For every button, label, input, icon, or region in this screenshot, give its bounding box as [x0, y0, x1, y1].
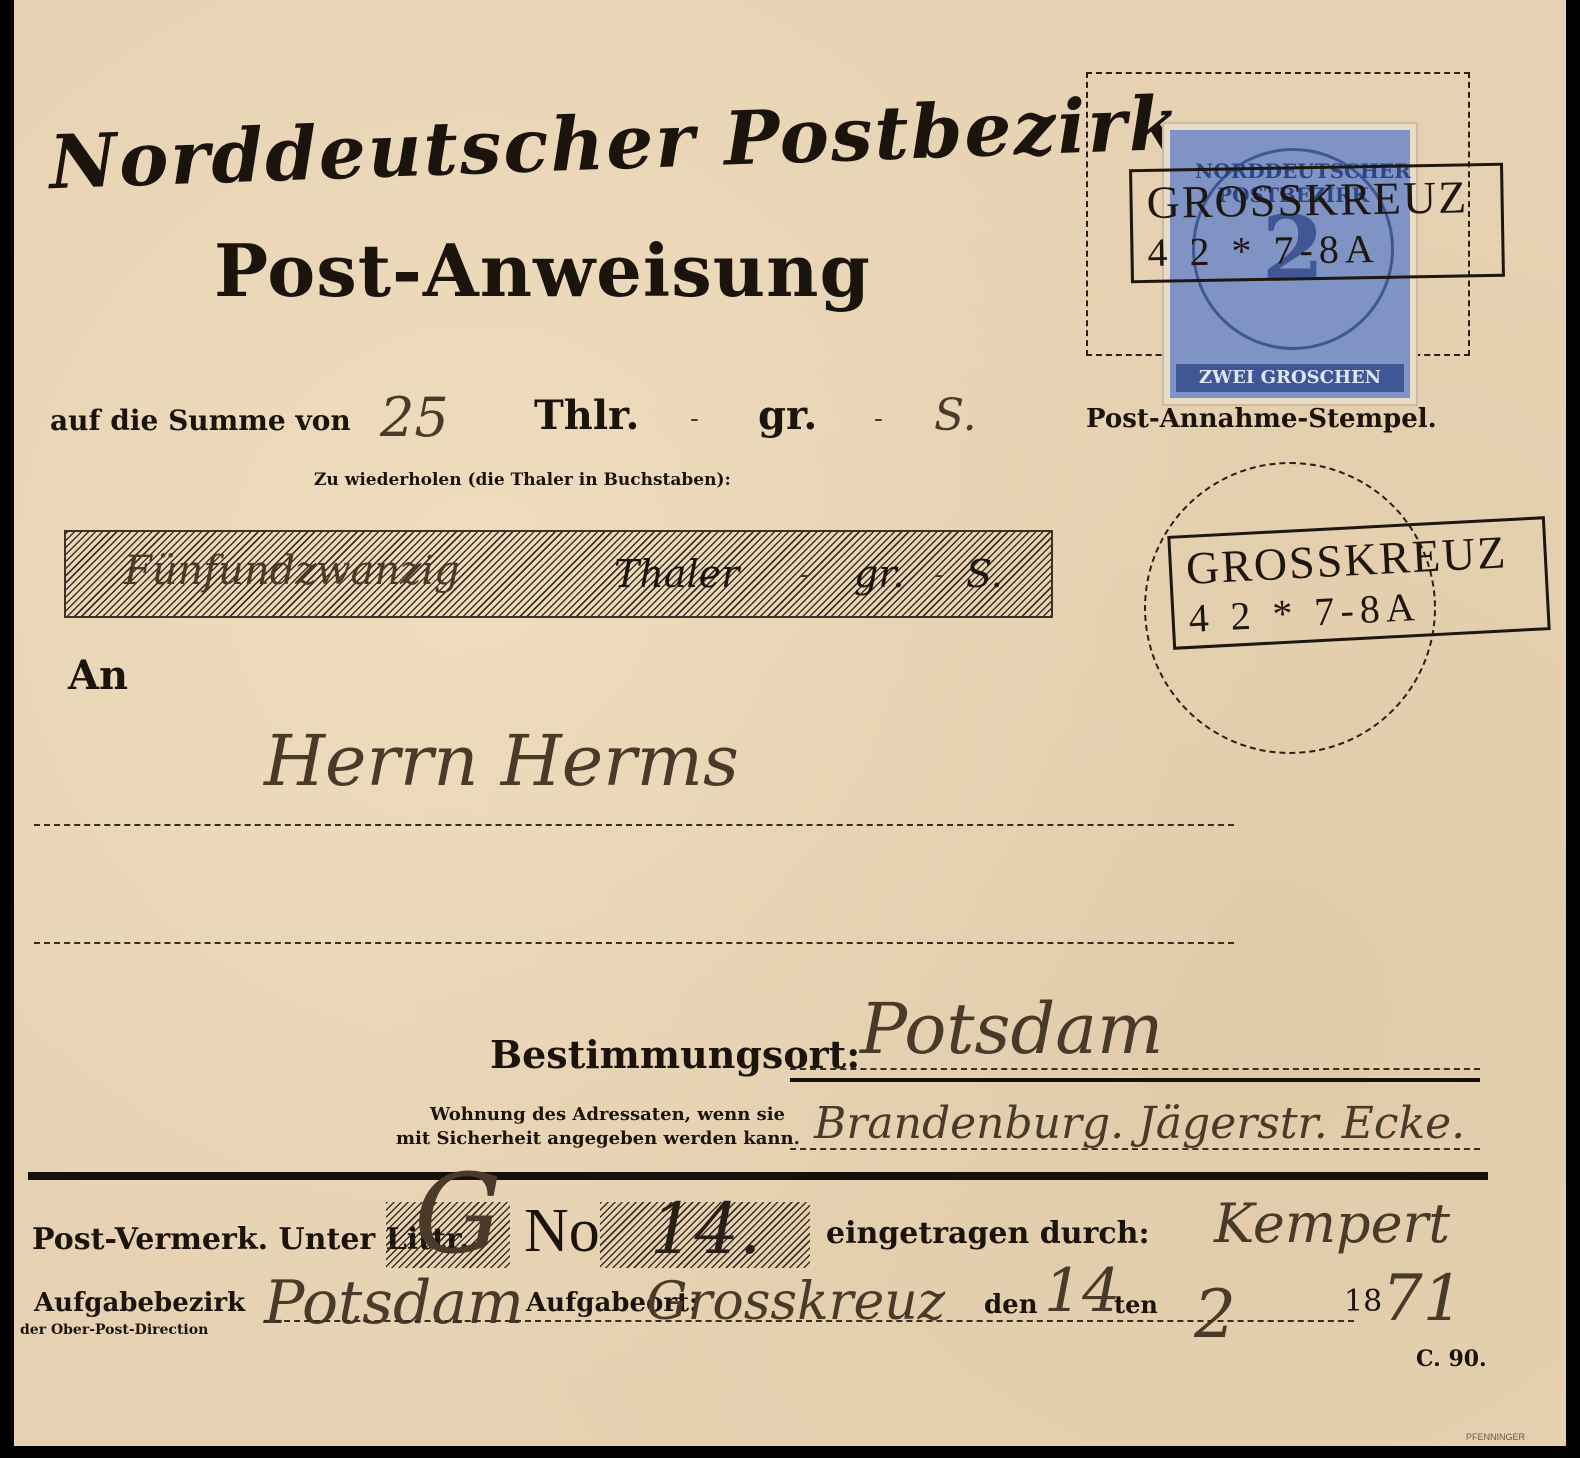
- unit-thaler: Thlr.: [534, 392, 639, 439]
- words-gr-value: -: [800, 560, 809, 590]
- recipient-label: An: [68, 652, 128, 699]
- registered-by-label: eingetragen durch:: [826, 1216, 1150, 1251]
- cancellation-stamp-middle: GROSSKREUZ 4 2 * 7-8A: [1167, 516, 1550, 650]
- destination-line: [790, 1068, 1480, 1070]
- origin-district-sublabel: der Ober-Post-Direction: [20, 1322, 208, 1338]
- unit-pfennig: S.: [934, 390, 977, 441]
- origin-line: [264, 1320, 1354, 1322]
- cancel-date: 4 2 * 7-8A: [1147, 223, 1488, 276]
- year-prefix: 18: [1344, 1284, 1382, 1319]
- stamp-value-text: ZWEI GROSCHEN: [1176, 364, 1404, 392]
- repeat-in-words-label: Zu wiederholen (die Thaler in Buchstaben…: [314, 470, 731, 490]
- destination-rule: [790, 1078, 1480, 1082]
- day-suffix: ten: [1114, 1290, 1158, 1319]
- pf-value: -: [874, 404, 883, 434]
- destination-handwritten: Potsdam: [860, 988, 1163, 1070]
- amount-handwritten: 25: [380, 386, 449, 449]
- amount-in-words-handwritten: Fünfundzwanzig: [124, 548, 460, 594]
- expert-signature-mark: PFENNINGER: [1466, 1432, 1525, 1442]
- thaler-printed: Thaler: [614, 552, 739, 596]
- stamp-caption: Post-Annahme-Stempel.: [1086, 404, 1437, 434]
- recipient-name-handwritten: Herrn Herms: [264, 720, 739, 802]
- number-label: No: [524, 1196, 600, 1267]
- registered-by-handwritten: Kempert: [1214, 1192, 1450, 1255]
- form-code: C. 90.: [1416, 1346, 1487, 1372]
- destination-label: Bestimmungsort:: [490, 1032, 860, 1077]
- address-label-line2: mit Sicherheit angegeben werden kann.: [396, 1128, 800, 1149]
- title-post-anweisung: Post-Anweisung: [214, 228, 871, 313]
- year-handwritten: 71: [1382, 1262, 1463, 1336]
- number-handwritten: 14.: [650, 1188, 761, 1270]
- address-label-line1: Wohnung des Adressaten, wenn sie: [430, 1104, 785, 1125]
- gr-value: -: [690, 404, 699, 434]
- origin-district-label: Aufgabebezirk: [34, 1288, 245, 1318]
- origin-district-handwritten: Potsdam: [264, 1268, 524, 1338]
- recipient-line-1: [34, 824, 1234, 826]
- separator-rule: [28, 1172, 1488, 1180]
- origin-place-handwritten: Grosskreuz: [646, 1272, 945, 1332]
- address-handwritten: Brandenburg. Jägerstr. Ecke.: [814, 1098, 1465, 1149]
- month-handwritten: 2: [1194, 1276, 1236, 1353]
- words-pf-value: -: [934, 560, 943, 590]
- gr-printed: gr.: [854, 552, 904, 596]
- date-label: den: [984, 1290, 1038, 1320]
- money-order-form: Norddeutscher Postbezirk. Post-Anweisung…: [14, 0, 1566, 1446]
- littr-handwritten: G: [414, 1150, 502, 1278]
- pf-printed: S.: [966, 552, 1003, 596]
- day-handwritten: 14: [1044, 1256, 1120, 1326]
- amount-label: auf die Summe von: [50, 404, 351, 437]
- cancellation-stamp-top: GROSSKREUZ 4 2 * 7-8A: [1129, 163, 1505, 284]
- unit-groschen: gr.: [758, 392, 817, 439]
- recipient-line-2: [34, 942, 1234, 944]
- cancel-town: GROSSKREUZ: [1146, 170, 1487, 229]
- title-postbezirk: Norddeutscher Postbezirk.: [48, 80, 1211, 206]
- address-line: [790, 1148, 1480, 1150]
